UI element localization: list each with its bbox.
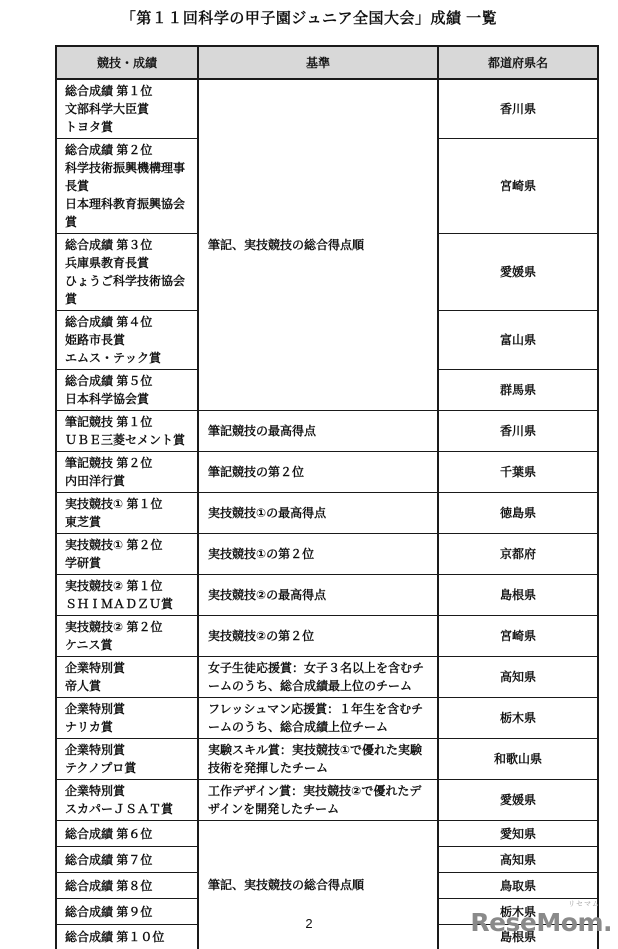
table-row: 筆記競技 第１位ＵＢＥ三菱セメント賞筆記競技の最高得点香川県 (56, 411, 598, 452)
criteria-cell: 実験スキル賞：実技競技①で優れた実験技術を発揮したチーム (198, 739, 438, 780)
prefecture-cell: 栃木県 (438, 698, 598, 739)
prefecture-cell: 愛媛県 (438, 780, 598, 821)
award-line: 兵庫県教育長賞 (65, 254, 193, 272)
award-line: 企業特別賞 (65, 659, 193, 677)
prefecture-cell: 宮崎県 (438, 616, 598, 657)
document-page: 「第１１回科学の甲子園ジュニア全国大会」成績 一覧 競技・成績 基準 都道府県名… (0, 0, 618, 949)
award-cell: 実技競技② 第２位ケニス賞 (56, 616, 198, 657)
prefecture-cell: 宮崎県 (438, 139, 598, 234)
award-cell: 企業特別賞スカパーＪＳＡＴ賞 (56, 780, 198, 821)
award-line: 科学技術振興機構理事長賞 (65, 159, 193, 195)
prefecture-cell: 鳥取県 (438, 873, 598, 899)
award-line: ＵＢＥ三菱セメント賞 (65, 431, 193, 449)
table-row: 総合成績 第１位文部科学大臣賞トヨタ賞筆記、実技競技の総合得点順香川県 (56, 79, 598, 139)
award-line: ケニス賞 (65, 636, 193, 654)
award-line: 実技競技① 第１位 (65, 495, 193, 513)
award-cell: 総合成績 第１位文部科学大臣賞トヨタ賞 (56, 79, 198, 139)
award-line: 総合成績 第１位 (65, 82, 193, 100)
award-line: 筆記競技 第２位 (65, 454, 193, 472)
table-header-row: 競技・成績 基準 都道府県名 (56, 46, 598, 79)
table-row: 実技競技① 第２位学研賞実技競技①の第２位京都府 (56, 534, 598, 575)
criteria-cell: 実技競技①の第２位 (198, 534, 438, 575)
logo-text: ReseMom. (470, 909, 612, 936)
criteria-cell: 実技競技②の第２位 (198, 616, 438, 657)
prefecture-cell: 香川県 (438, 79, 598, 139)
criteria-cell: 実技競技①の最高得点 (198, 493, 438, 534)
criteria-cell: 筆記競技の最高得点 (198, 411, 438, 452)
award-line: 総合成績 第５位 (65, 372, 193, 390)
award-line: 姫路市長賞 (65, 331, 193, 349)
award-line: 総合成績 第２位 (65, 141, 193, 159)
table-row: 総合成績 第６位筆記、実技競技の総合得点順愛知県 (56, 821, 598, 847)
award-cell: 総合成績 第２位科学技術振興機構理事長賞日本理科教育振興協会賞 (56, 139, 198, 234)
header-cell-prefecture: 都道府県名 (438, 46, 598, 79)
header-cell-competition: 競技・成績 (56, 46, 198, 79)
table-row: 筆記競技 第２位内田洋行賞筆記競技の第２位千葉県 (56, 452, 598, 493)
page-title: 「第１１回科学の甲子園ジュニア全国大会」成績 一覧 (0, 7, 618, 28)
prefecture-cell: 千葉県 (438, 452, 598, 493)
award-line: 実技競技② 第１位 (65, 577, 193, 595)
award-cell: 企業特別賞帝人賞 (56, 657, 198, 698)
award-line: ひょうご科学技術協会賞 (65, 272, 193, 308)
award-line: 帝人賞 (65, 677, 193, 695)
award-line: エムス・テック賞 (65, 349, 193, 367)
award-line: 内田洋行賞 (65, 472, 193, 490)
prefecture-cell: 徳島県 (438, 493, 598, 534)
award-line: 実技競技② 第２位 (65, 618, 193, 636)
award-line: スカパーＪＳＡＴ賞 (65, 800, 193, 818)
table-row: 実技競技① 第１位東芝賞実技競技①の最高得点徳島県 (56, 493, 598, 534)
prefecture-cell: 島根県 (438, 575, 598, 616)
table-row: 実技競技② 第１位ＳＨＩＭＡＤＺＵ賞実技競技②の最高得点島根県 (56, 575, 598, 616)
award-line: テクノプロ賞 (65, 759, 193, 777)
results-table: 競技・成績 基準 都道府県名 総合成績 第１位文部科学大臣賞トヨタ賞筆記、実技競… (55, 45, 599, 949)
prefecture-cell: 富山県 (438, 311, 598, 370)
award-line: 日本科学協会賞 (65, 390, 193, 408)
award-line: トヨタ賞 (65, 118, 193, 136)
award-cell: 筆記競技 第２位内田洋行賞 (56, 452, 198, 493)
table-row: 企業特別賞ナリカ賞フレッシュマン応援賞：１年生を含むチームのうち、総合成績上位チ… (56, 698, 598, 739)
award-cell: 総合成績 第６位 (56, 821, 198, 847)
table-row: 企業特別賞テクノプロ賞実験スキル賞：実技競技①で優れた実験技術を発揮したチーム和… (56, 739, 598, 780)
header-cell-criteria: 基準 (198, 46, 438, 79)
award-cell: 総合成績 第５位日本科学協会賞 (56, 370, 198, 411)
table-row: 企業特別賞帝人賞女子生徒応援賞：女子３名以上を含むチームのうち、総合成績最上位の… (56, 657, 598, 698)
award-line: ナリカ賞 (65, 718, 193, 736)
award-line: 学研賞 (65, 554, 193, 572)
award-cell: 総合成績 第４位姫路市長賞エムス・テック賞 (56, 311, 198, 370)
award-cell: 実技競技① 第１位東芝賞 (56, 493, 198, 534)
criteria-cell: 女子生徒応援賞：女子３名以上を含むチームのうち、総合成績最上位のチーム (198, 657, 438, 698)
prefecture-cell: 京都府 (438, 534, 598, 575)
criteria-cell: 工作デザイン賞：実技競技②で優れたデザインを開発したチーム (198, 780, 438, 821)
results-table-body: 総合成績 第１位文部科学大臣賞トヨタ賞筆記、実技競技の総合得点順香川県総合成績 … (56, 79, 598, 949)
prefecture-cell: 香川県 (438, 411, 598, 452)
award-line: 企業特別賞 (65, 700, 193, 718)
prefecture-cell: 愛媛県 (438, 234, 598, 311)
award-line: 実技競技① 第２位 (65, 536, 193, 554)
criteria-cell: 筆記、実技競技の総合得点順 (198, 79, 438, 411)
award-line: 総合成績 第４位 (65, 313, 193, 331)
award-line: 筆記競技 第１位 (65, 413, 193, 431)
award-cell: 筆記競技 第１位ＵＢＥ三菱セメント賞 (56, 411, 198, 452)
criteria-cell: 実技競技②の最高得点 (198, 575, 438, 616)
award-line: 東芝賞 (65, 513, 193, 531)
prefecture-cell: 群馬県 (438, 370, 598, 411)
award-line: ＳＨＩＭＡＤＺＵ賞 (65, 595, 193, 613)
award-cell: 総合成績 第８位 (56, 873, 198, 899)
criteria-cell: 筆記競技の第２位 (198, 452, 438, 493)
award-cell: 企業特別賞テクノプロ賞 (56, 739, 198, 780)
award-line: 総合成績 第６位 (65, 825, 193, 843)
award-cell: 総合成績 第７位 (56, 847, 198, 873)
criteria-cell: フレッシュマン応援賞：１年生を含むチームのうち、総合成績上位チーム (198, 698, 438, 739)
award-line: 総合成績 第８位 (65, 877, 193, 895)
award-cell: 企業特別賞ナリカ賞 (56, 698, 198, 739)
prefecture-cell: 高知県 (438, 657, 598, 698)
award-cell: 実技競技① 第２位学研賞 (56, 534, 198, 575)
award-line: 文部科学大臣賞 (65, 100, 193, 118)
award-line: 総合成績 第３位 (65, 236, 193, 254)
resemom-logo: リセマム ReseMom. (470, 900, 612, 936)
award-cell: 実技競技② 第１位ＳＨＩＭＡＤＺＵ賞 (56, 575, 198, 616)
table-row: 実技競技② 第２位ケニス賞実技競技②の第２位宮崎県 (56, 616, 598, 657)
award-line: 総合成績 第７位 (65, 851, 193, 869)
prefecture-cell: 高知県 (438, 847, 598, 873)
prefecture-cell: 愛知県 (438, 821, 598, 847)
award-line: 企業特別賞 (65, 741, 193, 759)
award-line: 企業特別賞 (65, 782, 193, 800)
prefecture-cell: 和歌山県 (438, 739, 598, 780)
award-line: 日本理科教育振興協会賞 (65, 195, 193, 231)
award-cell: 総合成績 第３位兵庫県教育長賞ひょうご科学技術協会賞 (56, 234, 198, 311)
table-row: 企業特別賞スカパーＪＳＡＴ賞工作デザイン賞：実技競技②で優れたデザインを開発した… (56, 780, 598, 821)
